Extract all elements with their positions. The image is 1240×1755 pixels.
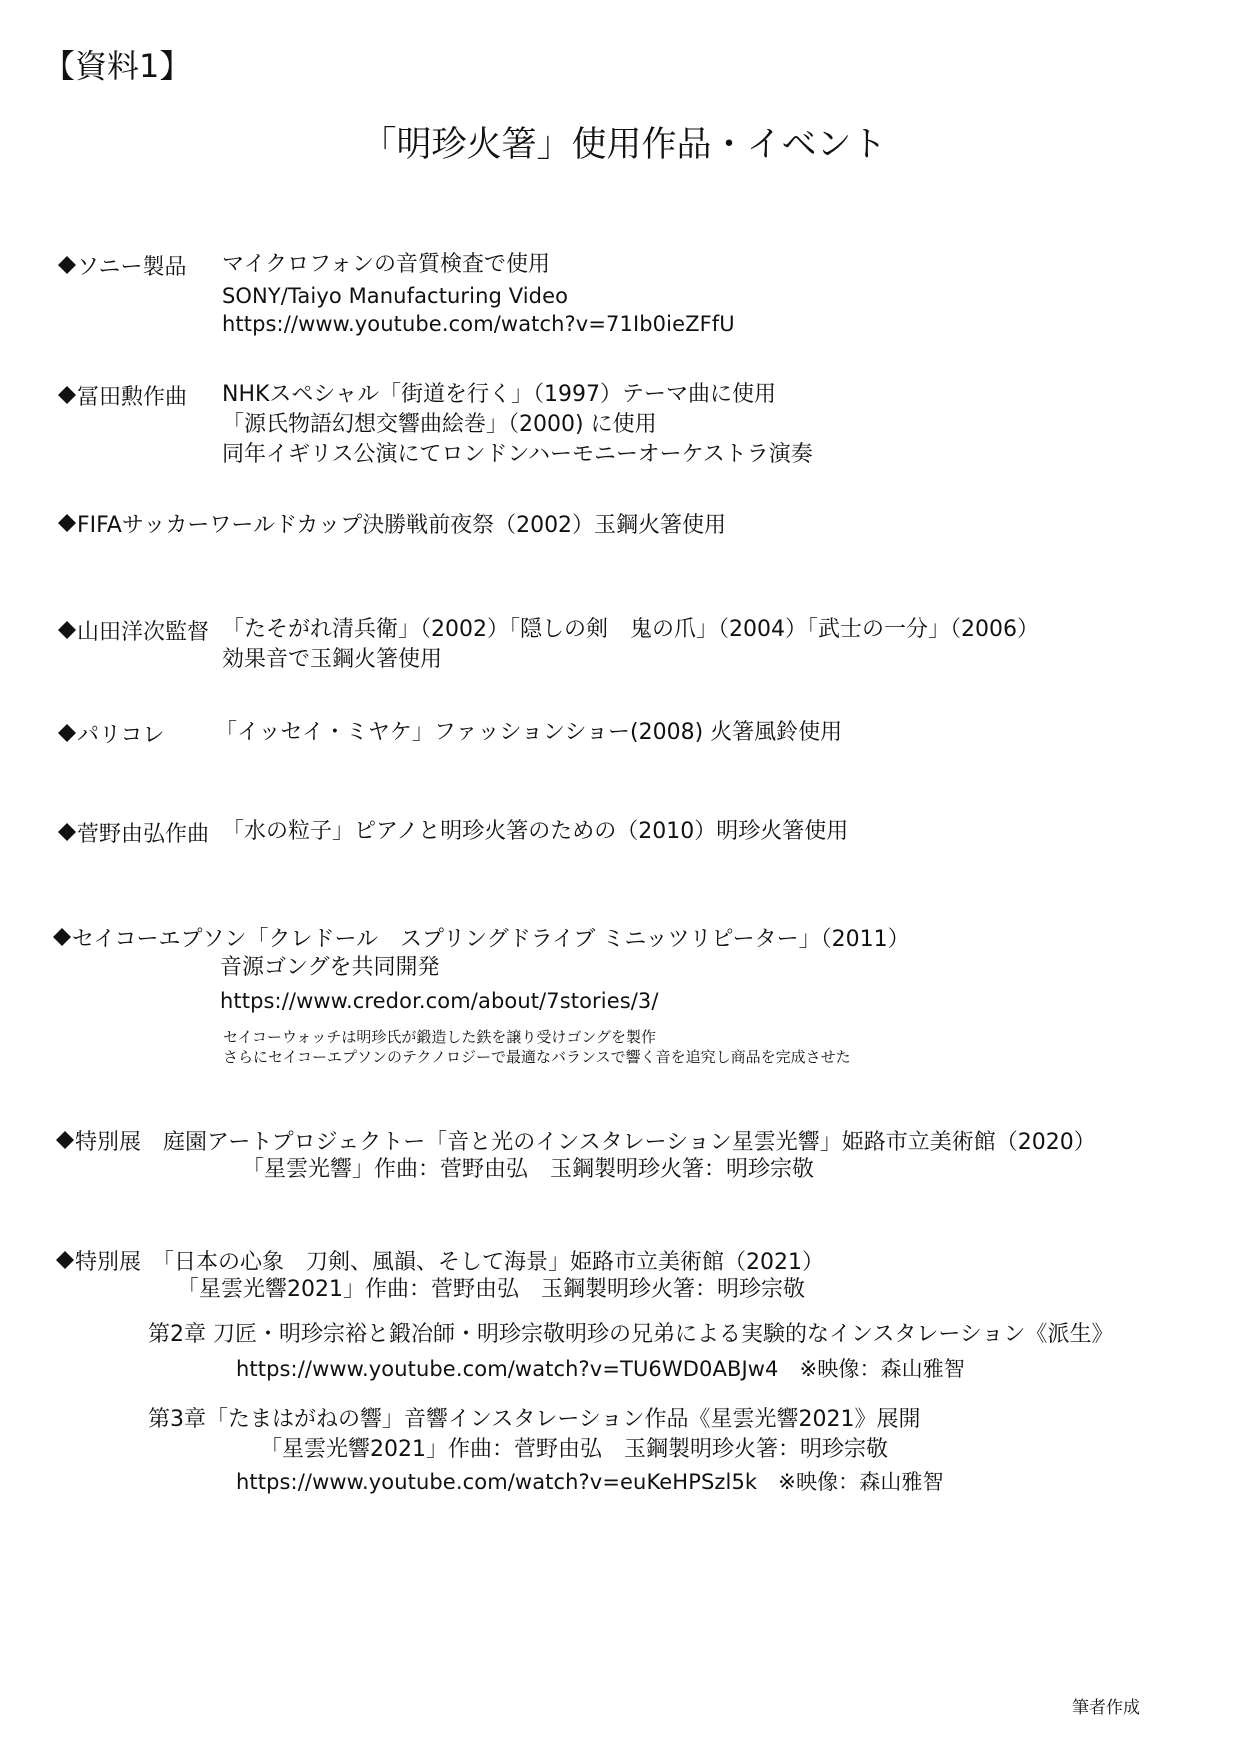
entry-line: 「イッセイ・ミヤケ」ファッションショー(2008) 火箸風鈴使用 xyxy=(215,722,842,744)
url-link[interactable]: https://www.credor.com/about/7stories/3/ xyxy=(220,991,659,1012)
diamond-bullet-icon xyxy=(55,1250,75,1270)
diamond-bullet-icon xyxy=(52,927,72,947)
diamond-bullet-icon xyxy=(57,620,77,640)
diamond-bullet-icon xyxy=(57,723,77,743)
entry-note: セイコーウォッチは明珍氏が鍛造した鉄を譲り受けゴングを製作 xyxy=(223,1030,656,1045)
entry-heading-seiko-epson: セイコーエプソン「クレドール スプリングドライブ ミニッツリピーター」（2011… xyxy=(52,926,910,951)
entry-heading-tomita: 冨田勲作曲 xyxy=(57,384,187,409)
url-link[interactable]: https://www.youtube.com/watch?v=TU6WD0AB… xyxy=(236,1359,965,1380)
diamond-bullet-icon xyxy=(57,385,77,405)
document-label: 【資料1】 xyxy=(43,50,191,82)
page-title: 「明珍火箸」使用作品・イベント xyxy=(0,128,1240,163)
entry-heading-paris: パリコレ xyxy=(57,722,165,747)
entry-line: SONY/Taiyo Manufacturing Video xyxy=(222,286,568,307)
chapter-title: 第3章「たまはがねの響」音響インスタレーション作品《星雲光響2021》展開 xyxy=(148,1409,920,1431)
diamond-bullet-icon xyxy=(57,513,77,533)
entry-line: 「源氏物語幻想交響曲絵巻」（2000) に使用 xyxy=(222,414,657,436)
entry-line: 「星雲光響2021」作曲：菅野由弘 玉鋼製明珍火箸：明珍宗敬 xyxy=(260,1439,888,1461)
entry-heading-yamada: 山田洋次監督 xyxy=(57,619,209,644)
entry-heading-exhibition-2020: 特別展 庭園アートプロジェクトー「音と光のインスタレーション星雲光響」姫路市立美… xyxy=(55,1129,1096,1154)
diamond-bullet-icon xyxy=(57,822,77,842)
entry-heading-exhibition-2021: 特別展 「日本の心象 刀剣、風韻、そして海景」姫路市立美術館（2021） xyxy=(55,1249,824,1274)
author-credit: 筆者作成 xyxy=(1072,1700,1140,1717)
entry-heading-sugano: 菅野由弘作曲 xyxy=(57,821,209,846)
entry-line: 「たそがれ清兵衛」（2002）「隠しの剣 鬼の爪」（2004）「武士の一分」（2… xyxy=(222,619,1039,641)
diamond-bullet-icon xyxy=(57,255,77,275)
entry-line: 「星雲光響2021」作曲：菅野由弘 玉鋼製明珍火箸：明珍宗敬 xyxy=(177,1279,805,1301)
entry-line: 効果音で玉鋼火箸使用 xyxy=(222,649,442,671)
entry-line: 「水の粒子」ピアノと明珍火箸のための（2010）明珍火箸使用 xyxy=(222,821,848,843)
entry-line: NHKスペシャル「街道を行く」（1997）テーマ曲に使用 xyxy=(222,384,776,406)
url-link[interactable]: https://www.youtube.com/watch?v=euKeHPSz… xyxy=(236,1472,944,1493)
entry-heading-fifa: FIFAサッカーワールドカップ決勝戦前夜祭（2002）玉鋼火箸使用 xyxy=(57,512,726,537)
entry-note: さらにセイコーエプソンのテクノロジーで最適なバランスで響く音を追究し商品を完成さ… xyxy=(223,1050,851,1065)
entry-line: マイクロフォンの音質検査で使用 xyxy=(222,254,550,276)
chapter-title: 第2章 刀匠・明珍宗裕と鍛冶師・明珍宗敬明珍の兄弟による実験的なインスタレーショ… xyxy=(148,1324,1113,1346)
diamond-bullet-icon xyxy=(55,1130,75,1150)
entry-line: 「星雲光響」作曲：菅野由弘 玉鋼製明珍火箸：明珍宗敬 xyxy=(242,1159,814,1181)
entry-heading-sony: ソニー製品 xyxy=(57,254,187,279)
entry-line: 音源ゴングを共同開発 xyxy=(220,957,440,979)
url-link[interactable]: https://www.youtube.com/watch?v=71Ib0ieZ… xyxy=(222,314,735,335)
entry-line: 同年イギリス公演にてロンドンハーモニーオーケストラ演奏 xyxy=(222,444,813,466)
